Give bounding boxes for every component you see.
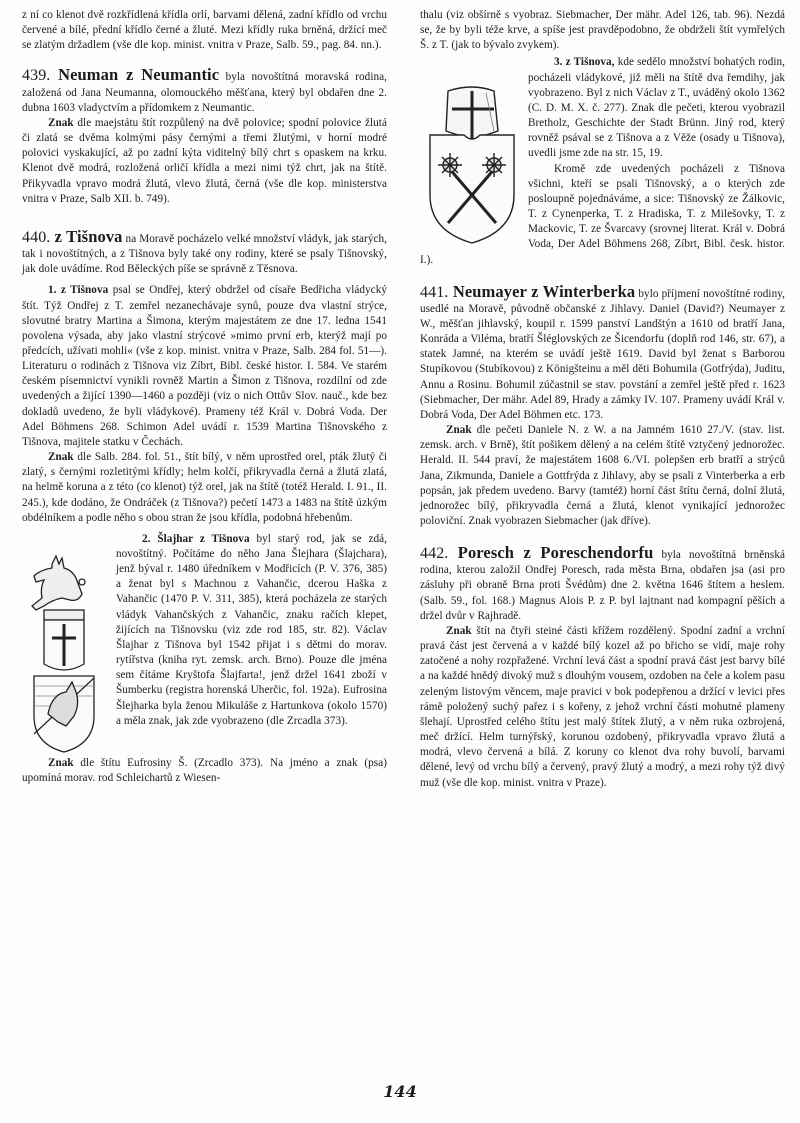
entry-439: 439. Neuman z Neumantic byla novoštítná … [22,67,387,206]
znak-text: dle štítu Eufrosiny Š. (Zrcadlo 373). Na… [22,757,387,784]
znak-label: Znak [446,424,472,436]
subentry-label: 2. Šlajhar z Tišnova [142,533,250,545]
entry-number: 442. [420,545,448,562]
znak-text: štít na čtyři steiné části křížem rozděl… [420,625,785,789]
znak-text: dle Salb. 284. fol. 51., štít bílý, v ně… [22,451,387,524]
entry-name: Neuman z Neumantic [58,65,219,84]
subentry-text: psal se Ondřej, který obdržel od císaře … [22,284,387,448]
entry-heading: 440. z Tišnova [22,229,123,246]
entry-heading: 441. Neumayer z Winterberka [420,284,635,301]
znak-label: Znak [48,451,74,463]
znak-label: Znak [446,625,472,637]
coat-of-arms-tisnov-icon [426,85,518,245]
page-number: 144 [0,1082,800,1101]
znak-label: Znak [48,117,74,129]
entry-name: z Tišnova [55,227,123,246]
entry-number: 440. [22,229,50,246]
znak-text: dle pečeti Daniele N. z W. a na Jamném 1… [420,424,785,527]
subentry-label: 1. z Tišnova [48,284,108,296]
subentry-text: byl starý rod, jak se zdá, novoštítný. P… [116,533,387,727]
entry-intro: bylo příjmení novoštítné rodiny, usedlé … [420,288,785,421]
entry-heading: 442. Poresch z Poreschendorfu [420,545,653,562]
entry-440: 440. z Tišnova na Moravě pocházelo velké… [22,229,387,786]
coat-of-arms-slajhar-icon [22,554,106,754]
right-column: thalu (viz obšírně s vyobraz. Siebmacher… [420,8,785,791]
document-page: z ní co klenot dvě rozkřídlená křídla or… [0,0,800,1123]
entry-number: 439. [22,67,50,84]
znak-label: Znak [48,757,74,769]
subentry-text: kde sedělo množství bohatých rodin, poch… [528,56,785,159]
entry-name: Neumayer z Winterberka [453,282,635,301]
left-column: z ní co klenot dvě rozkřídlená křídla or… [22,8,387,786]
entry-441: 441. Neumayer z Winterberka bylo příjmen… [420,284,785,530]
entry-442: 442. Poresch z Poreschendorfu byla novoš… [420,545,785,791]
continuation-text: z ní co klenot dvě rozkřídlená křídla or… [22,8,387,53]
subentry-label: 3. z Tišnova, [554,56,615,68]
entry-number: 441. [420,284,448,301]
znak-text: dle maejstátu štít rozpůlený na dvě polo… [22,117,387,205]
continuation-text: thalu (viz obšírně s vyobraz. Siebmacher… [420,8,785,53]
entry-name: Poresch z Poreschendorfu [458,543,654,562]
entry-heading: 439. Neuman z Neumantic [22,67,219,84]
